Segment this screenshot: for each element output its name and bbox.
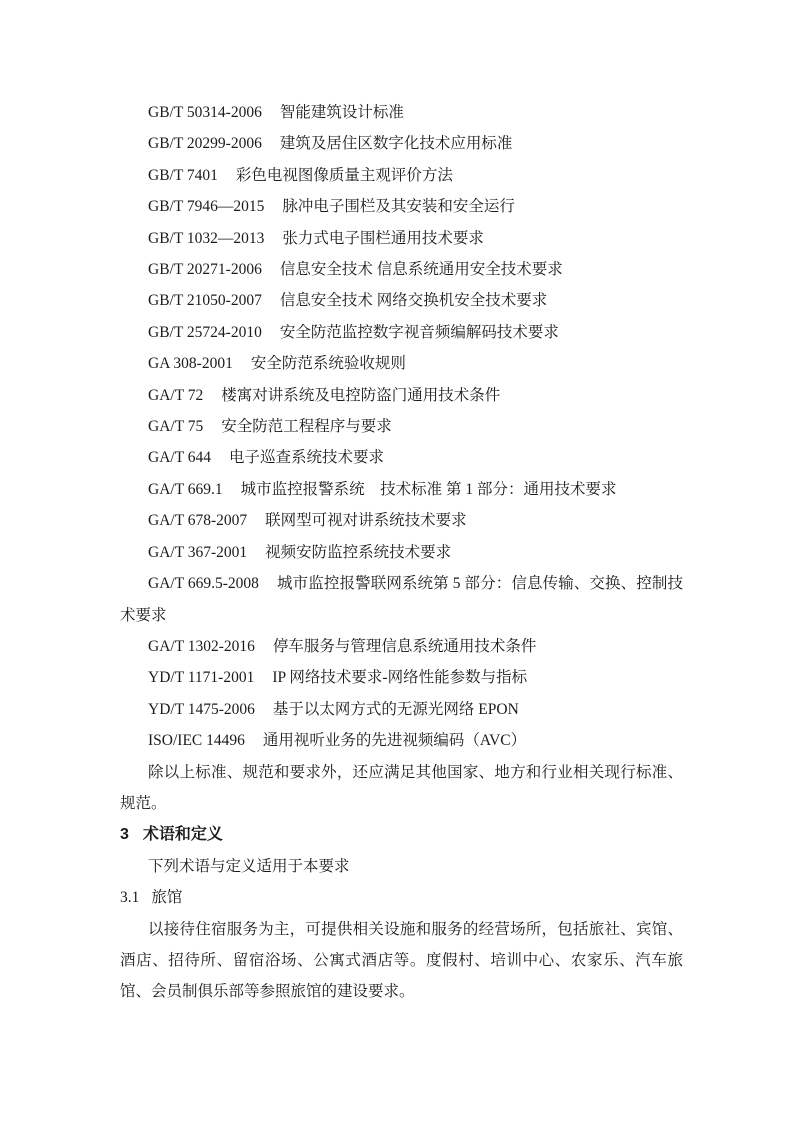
standard-code: GB/T 50314-2006 [148, 104, 262, 121]
standard-code: GA/T 669.1 [148, 481, 223, 498]
standard-title: 电子巡查系统技术要求 [229, 449, 384, 466]
standard-entry: YD/T 1475-2006基于以太网方式的无源光网络 EPON [120, 694, 683, 725]
standard-entry: GA/T 669.5-2008城市监控报警联网系统第 5 部分：信息传输、交换、… [120, 568, 683, 631]
standard-code: GA 308-2001 [148, 355, 233, 372]
standard-entry: ISO/IEC 14496通用视听业务的先进视频编码（AVC） [120, 725, 683, 756]
standard-entry: GA/T 367-2001视频安防监控系统技术要求 [120, 537, 683, 568]
standard-entry: GB/T 21050-2007信息安全技术 网络交换机安全技术要求 [120, 285, 683, 316]
standard-title: 联网型可视对讲系统技术要求 [265, 512, 467, 529]
term-definition: 以接待住宿服务为主，可提供相关设施和服务的经营场所，包括旅社、宾馆、酒店、招待所… [120, 914, 683, 1008]
standard-title: 彩色电视图像质量主观评价方法 [236, 167, 453, 184]
standard-title: 视频安防监控系统技术要求 [265, 544, 451, 561]
standards-list: GB/T 50314-2006智能建筑设计标准 GB/T 20299-2006建… [120, 97, 683, 757]
standard-title: 楼寓对讲系统及电控防盗门通用技术条件 [221, 387, 500, 404]
standard-code: YD/T 1171-2001 [148, 669, 254, 686]
standard-entry: GB/T 1032—2013张力式电子围栏通用技术要求 [120, 223, 683, 254]
standard-entry: YD/T 1171-2001IP 网络技术要求-网络性能参数与指标 [120, 662, 683, 693]
standard-code: ISO/IEC 14496 [148, 732, 245, 749]
standard-title: 基于以太网方式的无源光网络 EPON [273, 701, 519, 718]
standard-code: GB/T 21050-2007 [148, 292, 262, 309]
standard-code: GB/T 7946—2015 [148, 198, 264, 215]
standard-code: GA/T 367-2001 [148, 544, 247, 561]
standard-title: 张力式电子围栏通用技术要求 [282, 230, 484, 247]
standard-entry: GB/T 50314-2006智能建筑设计标准 [120, 97, 683, 128]
standard-code: GA/T 1302-2016 [148, 638, 255, 655]
standard-title: 智能建筑设计标准 [280, 104, 404, 121]
term-number: 3.1 [120, 889, 139, 906]
standard-title: 信息安全技术 信息系统通用安全技术要求 [280, 261, 563, 278]
standard-code: GA/T 669.5-2008 [148, 575, 259, 592]
standard-title: 建筑及居住区数字化技术应用标准 [280, 135, 513, 152]
standard-entry: GA/T 644电子巡查系统技术要求 [120, 442, 683, 473]
standard-title: 安全防范监控数字视音频编解码技术要求 [280, 324, 559, 341]
standard-entry: GA/T 669.1城市监控报警系统 技术标准 第 1 部分：通用技术要求 [120, 474, 683, 505]
section-number: 3 [120, 826, 129, 843]
document-page: GB/T 50314-2006智能建筑设计标准 GB/T 20299-2006建… [0, 0, 800, 1131]
standard-entry: GB/T 25724-2010安全防范监控数字视音频编解码技术要求 [120, 317, 683, 348]
standard-code: GA/T 678-2007 [148, 512, 247, 529]
standard-entry: GA 308-2001安全防范系统验收规则 [120, 348, 683, 379]
standard-entry: GA/T 72楼寓对讲系统及电控防盗门通用技术条件 [120, 380, 683, 411]
standard-code: GB/T 20299-2006 [148, 135, 262, 152]
standard-title: 城市监控报警系统 技术标准 第 1 部分：通用技术要求 [241, 481, 617, 498]
section-title: 术语和定义 [143, 826, 223, 843]
standard-title: IP 网络技术要求-网络性能参数与指标 [272, 669, 527, 686]
standard-entry: GB/T 20271-2006信息安全技术 信息系统通用安全技术要求 [120, 254, 683, 285]
standard-code: GB/T 1032—2013 [148, 230, 264, 247]
standard-code: YD/T 1475-2006 [148, 701, 255, 718]
standard-entry: GA/T 1302-2016停车服务与管理信息系统通用技术条件 [120, 631, 683, 662]
standard-code: GB/T 25724-2010 [148, 324, 262, 341]
standard-code: GA/T 644 [148, 449, 211, 466]
term-heading: 3.1旅馆 [120, 882, 683, 913]
section-intro: 下列术语与定义适用于本要求 [120, 851, 683, 882]
standard-entry: GB/T 7946—2015脉冲电子围栏及其安装和安全运行 [120, 191, 683, 222]
standard-title: 信息安全技术 网络交换机安全技术要求 [280, 292, 547, 309]
section-heading: 3术语和定义 [120, 819, 683, 850]
closing-note: 除以上标准、规范和要求外，还应满足其他国家、地方和行业相关现行标准、规范。 [120, 757, 683, 820]
standard-code: GA/T 72 [148, 387, 203, 404]
standard-entry: GA/T 678-2007联网型可视对讲系统技术要求 [120, 505, 683, 536]
standard-code: GB/T 7401 [148, 167, 218, 184]
standard-entry: GA/T 75安全防范工程程序与要求 [120, 411, 683, 442]
standard-entry: GB/T 20299-2006建筑及居住区数字化技术应用标准 [120, 128, 683, 159]
standard-entry: GB/T 7401彩色电视图像质量主观评价方法 [120, 160, 683, 191]
document-content: GB/T 50314-2006智能建筑设计标准 GB/T 20299-2006建… [120, 97, 683, 1008]
term-name: 旅馆 [151, 889, 182, 906]
standard-title: 安全防范系统验收规则 [251, 355, 406, 372]
standard-title: 脉冲电子围栏及其安装和安全运行 [282, 198, 515, 215]
standard-code: GB/T 20271-2006 [148, 261, 262, 278]
standard-code: GA/T 75 [148, 418, 203, 435]
standard-title: 通用视听业务的先进视频编码（AVC） [263, 732, 526, 749]
standard-title: 安全防范工程程序与要求 [221, 418, 392, 435]
standard-title: 停车服务与管理信息系统通用技术条件 [273, 638, 537, 655]
